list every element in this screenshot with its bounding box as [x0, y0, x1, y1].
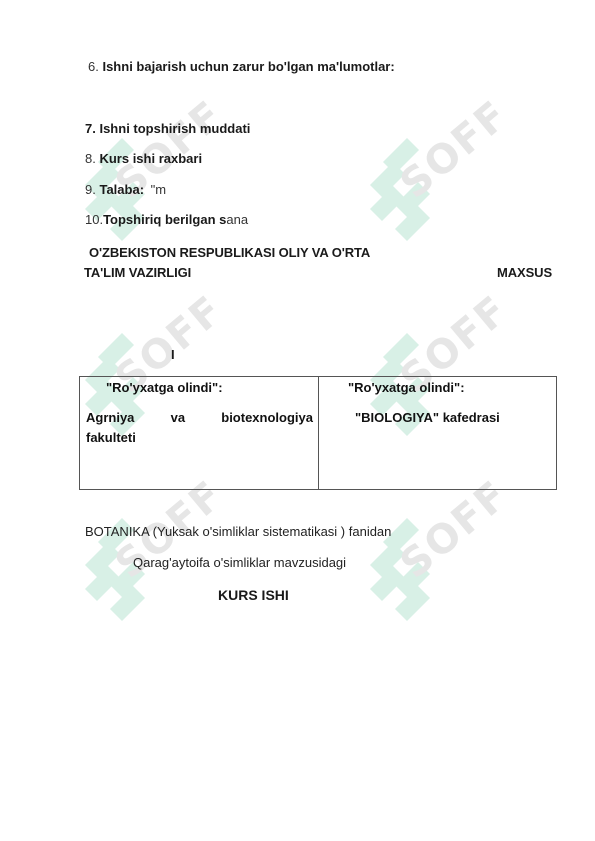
faculty-name: Agrniya va biotexnologiya fakulteti	[86, 408, 313, 448]
item-9: 9. Talaba: "m	[85, 182, 166, 198]
item-10-extra: ana	[226, 212, 248, 227]
faculty-word-2: va	[171, 408, 185, 428]
item-10-number: 10.	[85, 212, 103, 227]
faculty-word-3: biotexnologiya	[221, 408, 313, 428]
watermark-text: SOFF	[392, 92, 518, 208]
stray-mark: I	[171, 347, 175, 363]
item-6: 6. Ishni bajarish uchun zarur bo'lgan ma…	[88, 59, 395, 75]
item-7: 7. Ishni topshirish muddati	[85, 121, 250, 137]
ministry-line-2: TA'LIM VAZIRLIGI	[84, 265, 191, 281]
item-9-number: 9.	[85, 182, 96, 197]
item-8-number: 8.	[85, 151, 96, 166]
ministry-right: MAXSUS	[497, 265, 552, 281]
item-6-text: Ishni bajarish uchun zarur bo'lgan ma'lu…	[102, 59, 394, 74]
item-10-text: Topshiriq berilgan s	[103, 212, 226, 227]
subject-line-1: BOTANIKA (Yuksak o'simliklar sistematika…	[85, 524, 391, 540]
watermark-2: SOFF	[365, 90, 535, 230]
item-9-extra: "m	[151, 182, 166, 197]
faculty-heading: "Ro'yxatga olindi":	[106, 380, 223, 395]
department-heading: "Ro'yxatga olindi":	[348, 380, 465, 395]
table-cell-department: "Ro'yxatga olindi": "BIOLOGIYA" kafedras…	[319, 377, 556, 489]
item-6-number: 6.	[88, 59, 99, 74]
item-7-number: 7.	[85, 121, 96, 136]
item-9-text: Talaba:	[99, 182, 144, 197]
watermark-6: SOFF	[365, 470, 535, 610]
soff-logo-icon	[370, 138, 430, 241]
item-7-text: Ishni topshirish muddati	[99, 121, 250, 136]
item-8-text: Kurs ishi raxbari	[99, 151, 202, 166]
table-cell-faculty: "Ro'yxatga olindi": Agrniya va biotexnol…	[80, 377, 319, 489]
document-page: SOFF SOFF SOFF	[0, 0, 595, 841]
item-10: 10.Topshiriq berilgan sana	[85, 212, 248, 228]
subject-line-2: Qarag'aytoifa o'simliklar mavzusidagi	[133, 555, 346, 571]
faculty-line-2: fakulteti	[86, 428, 313, 448]
registration-table: "Ro'yxatga olindi": Agrniya va biotexnol…	[79, 376, 557, 490]
item-8: 8. Kurs ishi raxbari	[85, 151, 202, 167]
course-work-title: KURS ISHI	[218, 587, 289, 603]
ministry-line-1: O'ZBEKISTON RESPUBLIKASI OLIY VA O'RTA	[89, 245, 370, 261]
faculty-word-1: Agrniya	[86, 408, 134, 428]
department-name: "BIOLOGIYA" kafedrasi	[355, 408, 500, 428]
